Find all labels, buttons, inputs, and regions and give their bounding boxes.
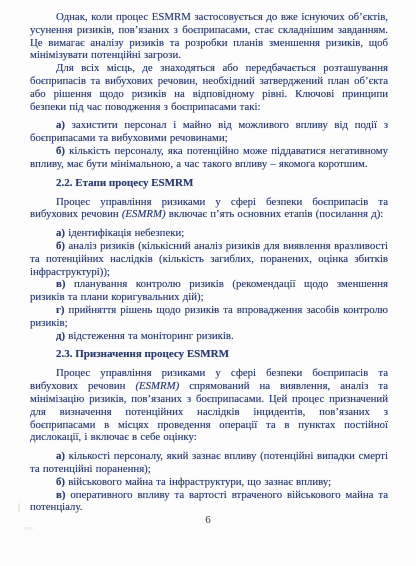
section-heading-2-2: 2.2. Етапи процесу ESMRM [30, 177, 388, 190]
paragraph-section-2-2: Процес управління ризиками у сфері безпе… [30, 196, 388, 222]
section-heading-2-3: 2.3. Призначення процесу ESMRM [30, 348, 388, 361]
paragraph-intro-2: Для всіх місць, де знаходяться або перед… [30, 62, 388, 113]
scan-artifact [213, 309, 215, 311]
list-item: б) військового майна та інфраструктури, … [30, 476, 388, 489]
list-marker: а) [56, 119, 65, 131]
esmrm-abbreviation: (ESMRM) [122, 208, 166, 220]
list-item-text: ідентифікація небезпеки; [65, 227, 184, 239]
list-item: г) прийняття рішень щодо ризиків та впро… [30, 304, 388, 330]
list-item: в) планування контролю ризиків (рекоменд… [30, 278, 388, 304]
list-item: б) кількість персоналу, яка потенційно м… [30, 145, 388, 171]
list-marker: а) [56, 450, 65, 462]
list-item-text: захистити персонал і майно від можливого… [30, 119, 388, 144]
list-item: а) захистити персонал і майно від можлив… [30, 119, 388, 145]
esmrm-abbreviation: (ESMRM) [135, 380, 179, 392]
list-marker: а) [56, 227, 65, 239]
list-marker: д) [56, 330, 65, 342]
list-item: а) кількості персоналу, який зазнає впли… [30, 450, 388, 476]
list-item: а) ідентифікація небезпеки; [30, 227, 388, 240]
list-item-text: аналіз ризиків (кількісний аналіз ризикі… [30, 240, 388, 278]
document-page: Однак, коли процес ESMRM застосовується … [0, 0, 416, 566]
list-marker: б) [56, 476, 65, 488]
list-item: д) відстеження та моніторинг ризиків. [30, 330, 388, 343]
list-item: б) аналіз ризиків (кількісний аналіз риз… [30, 240, 388, 278]
list-item-text: відстеження та моніторинг ризиків. [65, 330, 234, 342]
list-marker: г) [56, 304, 65, 316]
paragraph-intro-1: Однак, коли процес ESMRM застосовується … [30, 11, 388, 62]
list-item-text: оперативного впливу та вартості втрачено… [30, 489, 388, 514]
paragraph-section-2-3: Процес управління ризиками у сфері безпе… [30, 367, 388, 444]
list-item-text: планування контролю ризиків (рекомендаці… [30, 278, 388, 303]
list-item-text: військового майна та інфраструктури, що … [65, 476, 331, 488]
page-number: 6 [0, 514, 416, 526]
list-item-text: прийняття рішень щодо ризиків та впровад… [30, 304, 388, 329]
list-marker: б) [56, 145, 65, 157]
list-item: в) оперативного впливу та вартості втрач… [30, 489, 388, 515]
paragraph-text: включає п’ять основних етапів (посилання… [166, 208, 384, 220]
list-item-text: кількість персоналу, яка потенційно може… [30, 145, 388, 170]
scan-artifact [24, 527, 33, 530]
scan-artifact [18, 503, 20, 512]
list-marker: б) [56, 240, 65, 252]
list-item-text: кількості персоналу, який зазнає впливу … [30, 450, 388, 475]
